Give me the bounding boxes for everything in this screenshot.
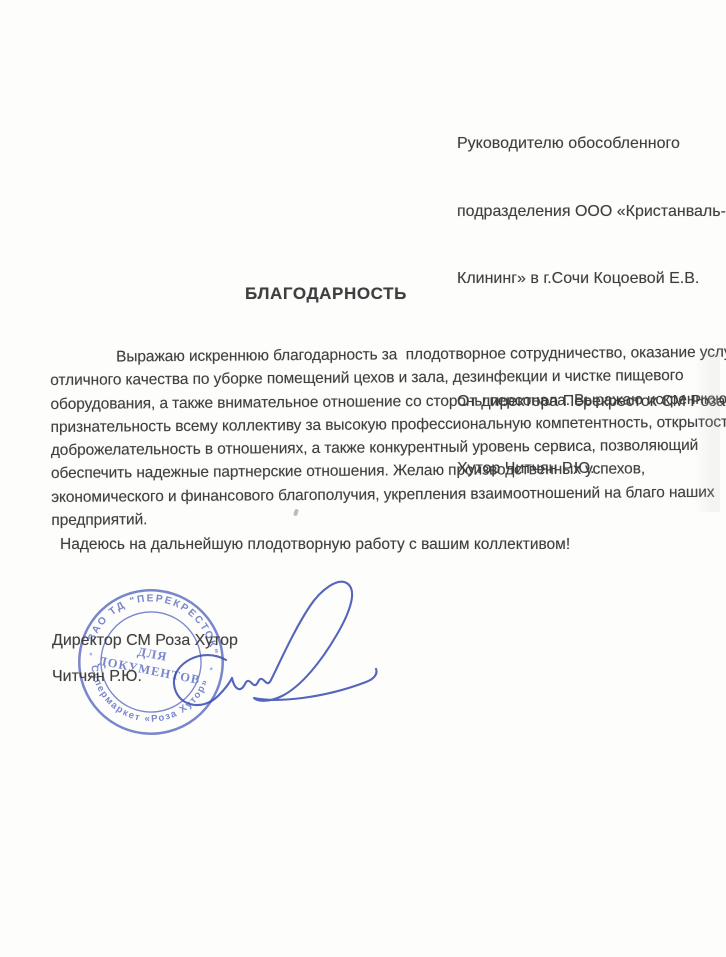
stamp-left-star: * bbox=[88, 650, 93, 660]
signatory-name: Читчян Р.Ю. bbox=[52, 668, 142, 686]
letter-title: БЛАГОДАРНОСТЬ bbox=[0, 284, 652, 304]
scan-smudge bbox=[694, 352, 720, 512]
recipient-line: Руководителю обособленного bbox=[457, 133, 726, 156]
scanned-letter-page: Руководителю обособленного подразделения… bbox=[0, 0, 726, 957]
closing-line: Надеюсь на дальнейшую плодотворную работ… bbox=[60, 536, 570, 554]
recipient-line: подразделения ООО «Кристанваль- bbox=[457, 201, 726, 224]
letter-body: Выражаю искреннюю благодарность за плодо… bbox=[50, 341, 726, 533]
signatory-position: Директор СМ Роза Хутор bbox=[52, 632, 238, 650]
